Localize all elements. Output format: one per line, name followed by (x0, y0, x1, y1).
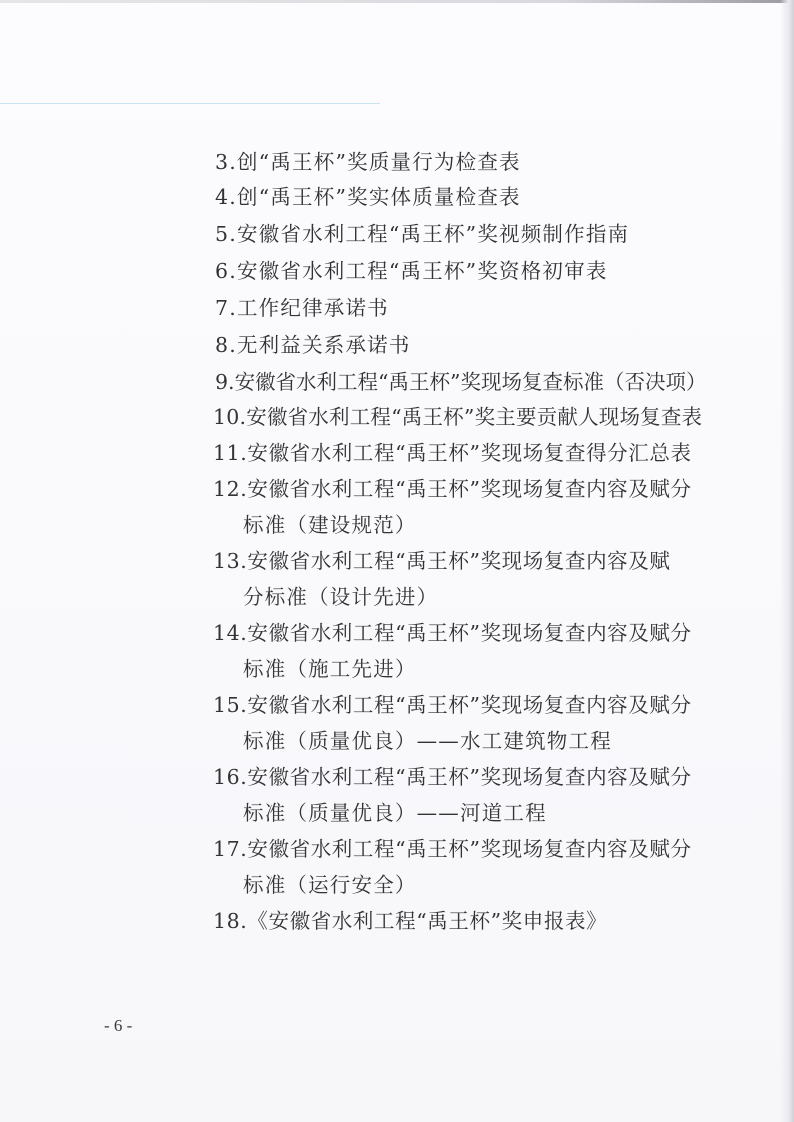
page-number: - 6 - (104, 1016, 132, 1036)
item-number: 3. (215, 150, 237, 174)
item-text: 安徽省水利工程“禹王杯”奖主要贡献人现场复查表 (246, 405, 702, 429)
list-item: 3.创“禹王杯”奖质量行为检查表 (215, 150, 521, 174)
scan-artifact-line (0, 103, 380, 104)
list-item-continuation: 标准（建设规范） (243, 513, 417, 537)
list-item: 18.《安徽省水利工程“禹王杯”奖申报表》 (213, 909, 607, 933)
scan-right-edge (780, 0, 794, 1122)
item-text: 安徽省水利工程“禹王杯”奖现场复查标准（否决项） (235, 370, 707, 394)
list-item: 5.安徽省水利工程“禹王杯”奖视频制作指南 (215, 222, 629, 246)
item-text: 安徽省水利工程“禹王杯”奖现场复查得分汇总表 (247, 441, 691, 465)
item-text: 创“禹王杯”奖质量行为检查表 (237, 150, 521, 174)
item-number: 11. (213, 441, 247, 465)
item-number: 8. (215, 333, 237, 357)
list-item: 11.安徽省水利工程“禹王杯”奖现场复查得分汇总表 (213, 441, 692, 465)
item-text: 安徽省水利工程“禹王杯”奖现场复查内容及赋分 (247, 765, 691, 789)
list-item-continuation: 标准（质量优良）——河道工程 (243, 801, 547, 825)
item-text: 无利益关系承诺书 (237, 333, 411, 357)
list-item: 9.安徽省水利工程“禹王杯”奖现场复查标准（否决项） (215, 370, 707, 394)
list-item: 13.安徽省水利工程“禹王杯”奖现场复查内容及赋 (213, 549, 670, 573)
item-number: 13. (213, 549, 247, 573)
item-text: 安徽省水利工程“禹王杯”奖现场复查内容及赋分 (247, 693, 691, 717)
list-item: 7.工作纪律承诺书 (215, 296, 389, 320)
item-text: 安徽省水利工程“禹王杯”奖资格初审表 (237, 259, 608, 283)
item-text: 工作纪律承诺书 (237, 296, 389, 320)
list-item: 6.安徽省水利工程“禹王杯”奖资格初审表 (215, 259, 608, 283)
item-number: 7. (215, 296, 237, 320)
item-text: 《安徽省水利工程“禹王杯”奖申报表》 (247, 909, 607, 933)
item-number: 10. (213, 405, 246, 429)
item-text: 安徽省水利工程“禹王杯”奖现场复查内容及赋分 (247, 477, 691, 501)
list-item-continuation: 标准（运行安全） (243, 873, 417, 897)
list-item: 14.安徽省水利工程“禹王杯”奖现场复查内容及赋分 (213, 621, 692, 645)
item-text: 安徽省水利工程“禹王杯”奖视频制作指南 (237, 222, 629, 246)
item-number: 18. (213, 909, 247, 933)
item-number: 6. (215, 259, 237, 283)
list-item-continuation: 标准（施工先进） (243, 657, 417, 681)
list-item-continuation: 分标准（设计先进） (243, 585, 438, 609)
item-text: 安徽省水利工程“禹王杯”奖现场复查内容及赋 (247, 549, 670, 573)
item-number: 16. (213, 765, 247, 789)
item-number: 9. (215, 370, 235, 394)
item-text: 创“禹王杯”奖实体质量检查表 (237, 185, 521, 209)
list-item: 16.安徽省水利工程“禹王杯”奖现场复查内容及赋分 (213, 765, 692, 789)
item-number: 15. (213, 693, 247, 717)
item-number: 12. (213, 477, 247, 501)
item-text: 安徽省水利工程“禹王杯”奖现场复查内容及赋分 (247, 621, 691, 645)
list-item: 8.无利益关系承诺书 (215, 333, 411, 357)
scan-top-edge (0, 0, 794, 3)
list-item: 15.安徽省水利工程“禹王杯”奖现场复查内容及赋分 (213, 693, 692, 717)
list-item-continuation: 标准（质量优良）——水工建筑物工程 (243, 729, 612, 753)
list-item: 17.安徽省水利工程“禹王杯”奖现场复查内容及赋分 (213, 837, 692, 861)
document-page: 3.创“禹王杯”奖质量行为检查表 4.创“禹王杯”奖实体质量检查表 5.安徽省水… (0, 0, 794, 1122)
item-text: 安徽省水利工程“禹王杯”奖现场复查内容及赋分 (247, 837, 691, 861)
item-number: 14. (213, 621, 247, 645)
list-item: 12.安徽省水利工程“禹王杯”奖现场复查内容及赋分 (213, 477, 692, 501)
item-number: 4. (215, 185, 237, 209)
list-item: 4.创“禹王杯”奖实体质量检查表 (215, 185, 521, 209)
item-number: 5. (215, 222, 237, 246)
item-number: 17. (213, 837, 247, 861)
list-item: 10.安徽省水利工程“禹王杯”奖主要贡献人现场复查表 (213, 405, 702, 429)
